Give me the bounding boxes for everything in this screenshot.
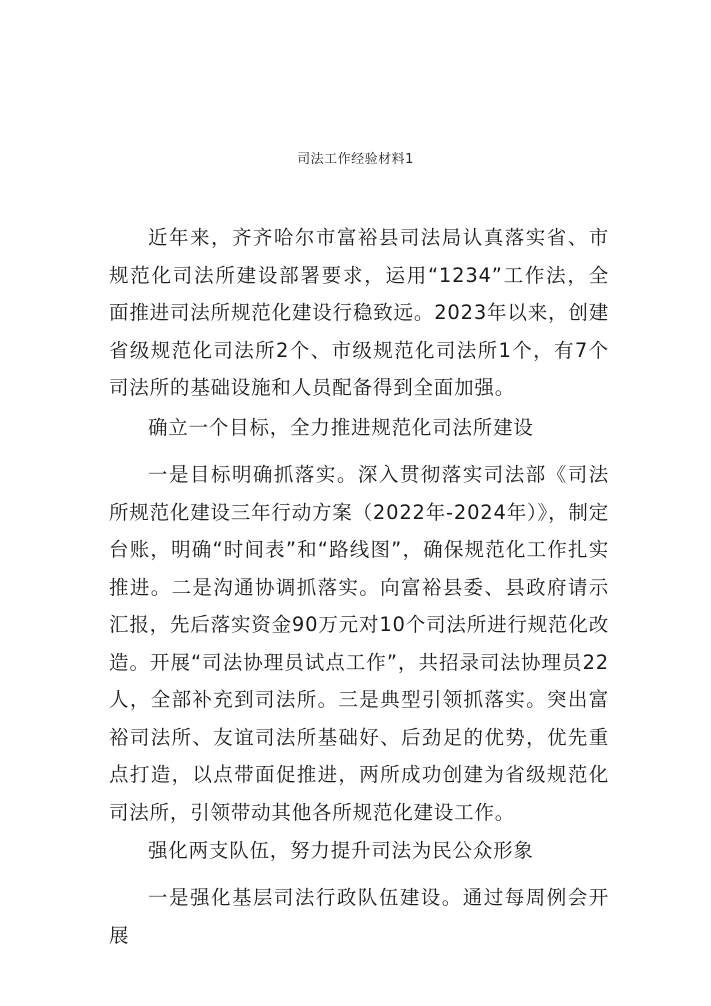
section-1-paragraph: 一是目标明确抓落实。深入贯彻落实司法部《司法所规范化建设三年行动方案（2022年… — [109, 456, 609, 831]
section-heading-1: 确立一个目标，全力推进规范化司法所建设 — [109, 409, 609, 447]
section-2-paragraph-block: 一是强化基层司法行政队伍建设。通过每周例会开展 — [109, 879, 609, 954]
document-page: 司法工作经验材料1 近年来，齐齐哈尔市富裕县司法局认真落实省、市规范化司法所建设… — [0, 0, 711, 1006]
section-1-paragraph-block: 一是目标明确抓落实。深入贯彻落实司法部《司法所规范化建设三年行动方案（2022年… — [109, 456, 609, 831]
intro-paragraph: 近年来，齐齐哈尔市富裕县司法局认真落实省、市规范化司法所建设部署要求，运用“12… — [109, 219, 609, 407]
intro-paragraph-block: 近年来，齐齐哈尔市富裕县司法局认真落实省、市规范化司法所建设部署要求，运用“12… — [109, 219, 609, 407]
section-heading-2: 强化两支队伍，努力提升司法为民公众形象 — [109, 832, 609, 870]
section-heading-block-2: 强化两支队伍，努力提升司法为民公众形象 — [109, 832, 609, 870]
document-title: 司法工作经验材料1 — [0, 148, 711, 167]
section-heading-block-1: 确立一个目标，全力推进规范化司法所建设 — [109, 409, 609, 447]
section-2-paragraph: 一是强化基层司法行政队伍建设。通过每周例会开展 — [109, 879, 609, 954]
